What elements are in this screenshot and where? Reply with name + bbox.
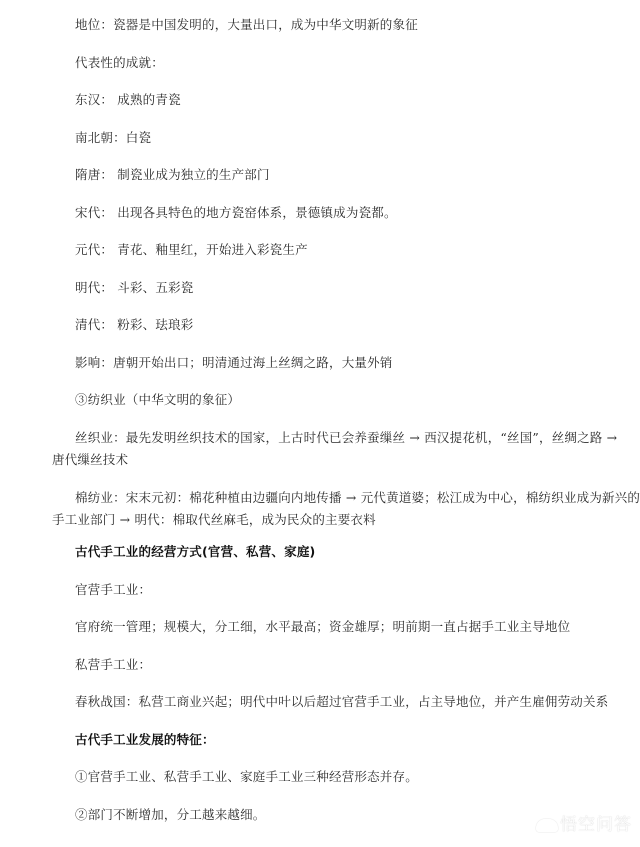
- silk-line-2: 唐代缫丝技术: [52, 452, 128, 468]
- status-line: 地位：瓷器是中国发明的，大量出口，成为中华文明新的象征: [75, 17, 418, 33]
- cotton-line-2: 手工业部门 → 明代：棉取代丝麻毛，成为民众的主要衣料: [52, 512, 376, 528]
- textile-heading: ③纺织业（中华文明的象征）: [75, 392, 240, 408]
- song-line: 宋代： 出现各具特色的地方瓷窑体系，景德镇成为瓷都。: [75, 205, 397, 221]
- ming-line: 明代： 斗彩、五彩瓷: [75, 280, 193, 296]
- sui-tang-line: 隋唐： 制瓷业成为独立的生产部门: [75, 167, 270, 183]
- wukong-cloud-icon: [534, 816, 556, 830]
- private-text: 春秋战国：私营工商业兴起；明代中叶以后超过官营手工业，占主导地位，并产生雇佣劳动…: [75, 694, 608, 710]
- influence-line: 影响：唐朝开始出口；明清通过海上丝绸之路，大量外销: [75, 355, 393, 371]
- achievements-heading: 代表性的成就：: [75, 55, 164, 71]
- feature-item-1: ①官营手工业、私营手工业、家庭手工业三种经营形态并存。: [75, 769, 418, 785]
- watermark: 悟空问答: [534, 810, 632, 835]
- cotton-line-1: 棉纺业：宋末元初：棉花种植由边疆向内地传播 → 元代黄道婆；松江成为中心，棉纺织…: [75, 490, 640, 506]
- official-text: 官府统一管理；规模大，分工细，水平最高；资金雄厚；明前期一直占据手工业主导地位: [75, 619, 570, 635]
- management-heading: 古代手工业的经营方式(官营、私营、家庭): [75, 544, 315, 560]
- qing-line: 清代： 粉彩、珐琅彩: [75, 317, 193, 333]
- northern-southern-line: 南北朝：白瓷: [75, 130, 151, 146]
- watermark-text: 悟空问答: [560, 810, 632, 835]
- features-heading: 古代手工业发展的特征：: [75, 732, 215, 748]
- official-label: 官营手工业：: [75, 582, 151, 598]
- feature-item-2: ②部门不断增加，分工越来越细。: [75, 807, 266, 823]
- silk-line-1: 丝织业：最先发明丝织技术的国家，上古时代已会养蚕缫丝 → 西汉提花机，“丝国”，…: [75, 430, 617, 446]
- yuan-line: 元代： 青花、釉里红，开始进入彩瓷生产: [75, 242, 308, 258]
- private-label: 私营手工业：: [75, 657, 151, 673]
- eastern-han-line: 东汉： 成熟的青瓷: [75, 92, 181, 108]
